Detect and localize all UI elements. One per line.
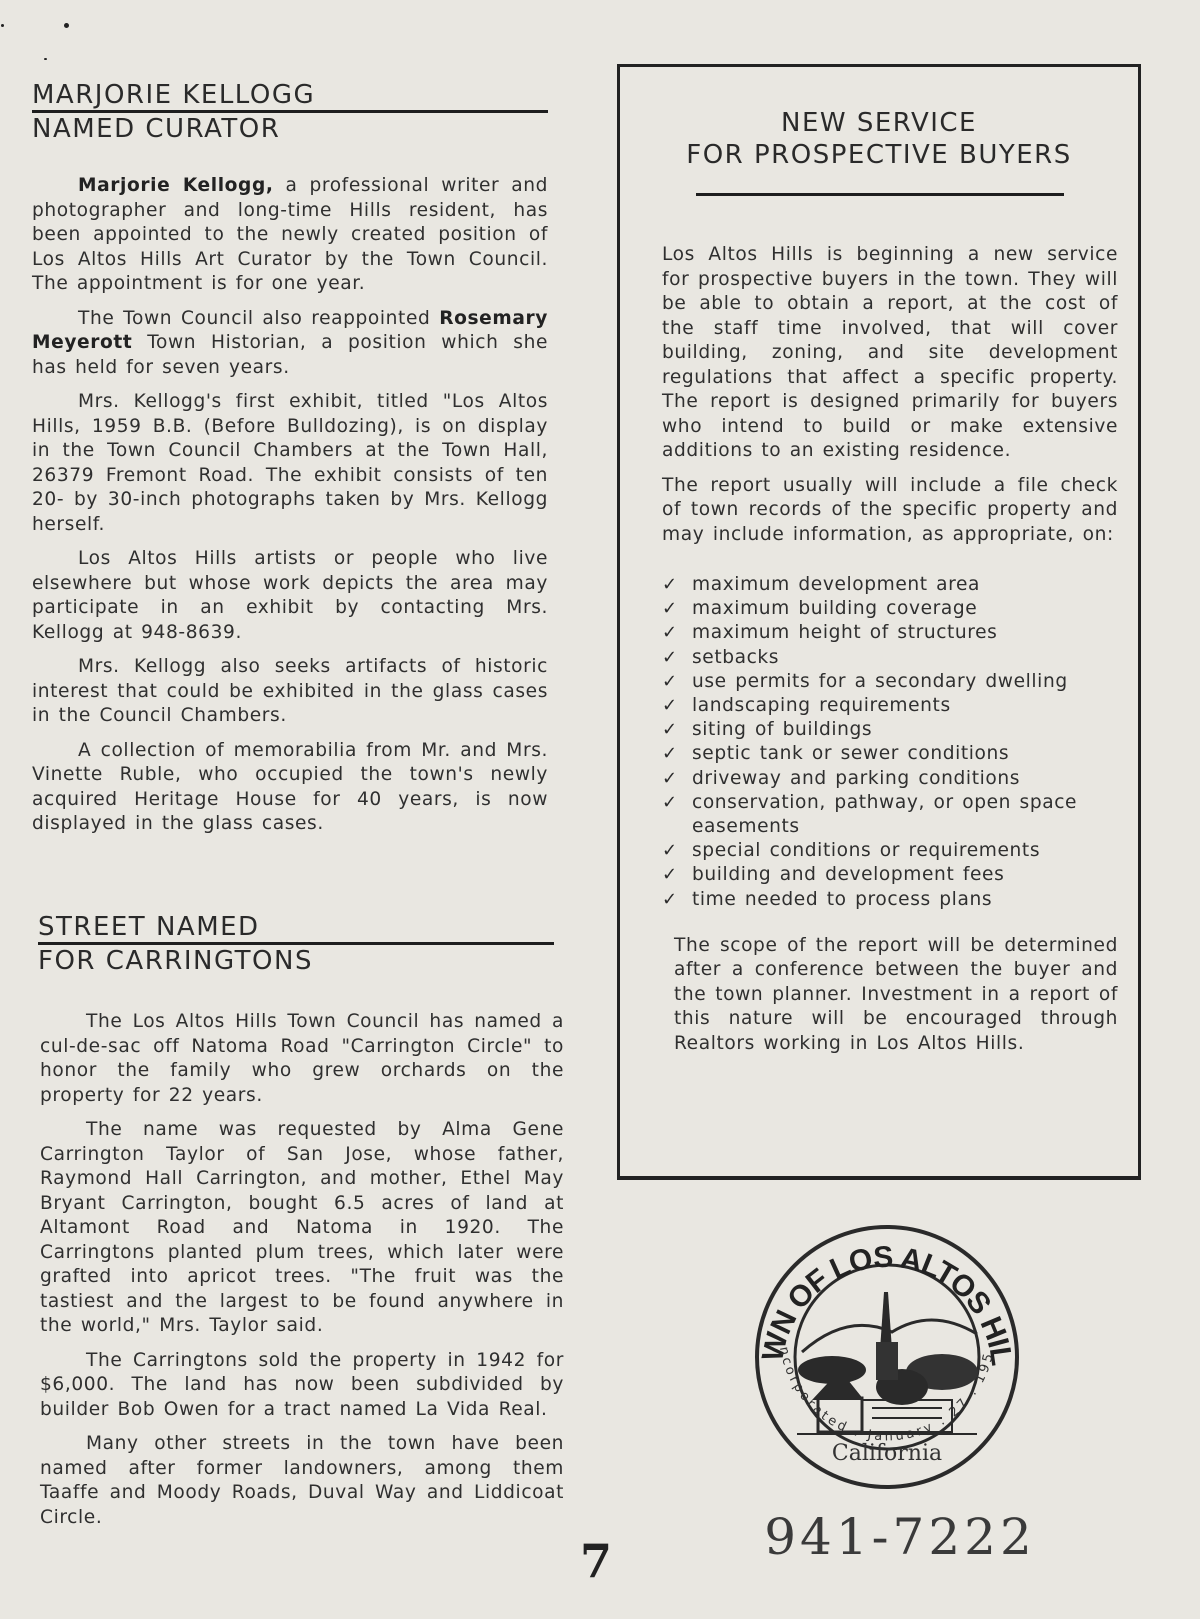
curator-headline-line1: MARJORIE KELLOGG bbox=[32, 80, 548, 110]
street-paragraph: Many other streets in the town have been… bbox=[40, 1432, 564, 1530]
buyers-article-body: Los Altos Hills is beginning a new servi… bbox=[662, 243, 1118, 1066]
page-number: 7 bbox=[580, 1534, 612, 1588]
checklist-item: ✓septic tank or sewer conditions bbox=[662, 742, 1118, 766]
title-rule bbox=[696, 193, 1064, 196]
buyers-paragraph: The report usually will include a file c… bbox=[662, 474, 1118, 548]
street-paragraph: The name was requested by Alma Gene Carr… bbox=[40, 1118, 564, 1339]
town-seal-logo: TOWN OF LOS ALTOS HILLS Incorporated . J… bbox=[752, 1222, 1022, 1492]
checklist-item: ✓driveway and parking conditions bbox=[662, 767, 1118, 791]
checklist-item: ✓special conditions or requirements bbox=[662, 839, 1118, 863]
checklist-item-text: siting of buildings bbox=[692, 719, 872, 740]
check-mark-icon: ✓ bbox=[662, 791, 678, 815]
bold-name: Marjorie Kellogg, bbox=[78, 175, 274, 196]
buyers-paragraph: Los Altos Hills is beginning a new servi… bbox=[662, 243, 1118, 464]
checklist-item-text: special conditions or requirements bbox=[692, 840, 1040, 861]
checklist-item-text: landscaping requirements bbox=[692, 695, 951, 716]
checklist-item-text: driveway and parking conditions bbox=[692, 768, 1020, 789]
check-mark-icon: ✓ bbox=[662, 621, 678, 645]
checklist-item: ✓landscaping requirements bbox=[662, 694, 1118, 718]
check-mark-icon: ✓ bbox=[662, 718, 678, 742]
curator-paragraph: Mrs. Kellogg also seeks artifacts of his… bbox=[32, 655, 548, 729]
checklist-item: ✓building and development fees bbox=[662, 863, 1118, 887]
check-mark-icon: ✓ bbox=[662, 597, 678, 621]
street-paragraph: The Los Altos Hills Town Council has nam… bbox=[40, 1010, 564, 1108]
street-paragraph: The Carringtons sold the property in 194… bbox=[40, 1349, 564, 1423]
street-article-body: The Los Altos Hills Town Council has nam… bbox=[40, 1010, 564, 1540]
checklist-item-text: setbacks bbox=[692, 647, 779, 668]
check-mark-icon: ✓ bbox=[662, 694, 678, 718]
check-mark-icon: ✓ bbox=[662, 573, 678, 597]
checklist-item-text: conservation, pathway, or open space eas… bbox=[692, 792, 1077, 837]
curator-paragraph: Mrs. Kellogg's first exhibit, titled "Lo… bbox=[32, 390, 548, 537]
check-mark-icon: ✓ bbox=[662, 863, 678, 887]
scan-speck bbox=[1, 24, 4, 27]
street-headline: STREET NAMED FOR CARRINGTONS bbox=[38, 912, 554, 976]
checklist-item: ✓conservation, pathway, or open space ea… bbox=[662, 791, 1118, 839]
check-mark-icon: ✓ bbox=[662, 646, 678, 670]
checklist-item-text: septic tank or sewer conditions bbox=[692, 743, 1009, 764]
curator-paragraph: Los Altos Hills artists or people who li… bbox=[32, 547, 548, 645]
curator-paragraph: The Town Council also reappointed Rosema… bbox=[32, 307, 548, 381]
curator-paragraph: A collection of memorabilia from Mr. and… bbox=[32, 739, 548, 837]
curator-headline-line2: NAMED CURATOR bbox=[32, 110, 548, 144]
checklist-item-text: maximum building coverage bbox=[692, 598, 977, 619]
check-mark-icon: ✓ bbox=[662, 767, 678, 791]
curator-article-body: Marjorie Kellogg, a professional writer … bbox=[32, 174, 548, 847]
town-phone-number: 941-7222 bbox=[760, 1508, 1040, 1566]
check-mark-icon: ✓ bbox=[662, 742, 678, 766]
checklist-item-text: maximum development area bbox=[692, 574, 980, 595]
buyers-service-box: NEW SERVICE FOR PROSPECTIVE BUYERS Los A… bbox=[617, 64, 1141, 1180]
checklist-item-text: maximum height of structures bbox=[692, 622, 997, 643]
check-mark-icon: ✓ bbox=[662, 839, 678, 863]
street-headline-line1: STREET NAMED bbox=[38, 912, 554, 942]
check-mark-icon: ✓ bbox=[662, 888, 678, 912]
checklist-item: ✓use permits for a secondary dwelling bbox=[662, 670, 1118, 694]
report-contents-checklist: ✓maximum development area✓maximum buildi… bbox=[662, 573, 1118, 912]
curator-headline: MARJORIE KELLOGG NAMED CURATOR bbox=[32, 80, 548, 144]
checklist-item: ✓maximum development area bbox=[662, 573, 1118, 597]
curator-paragraph: Marjorie Kellogg, a professional writer … bbox=[32, 174, 548, 297]
scan-speck bbox=[64, 23, 69, 28]
seal-center-text: California bbox=[832, 1441, 942, 1466]
scan-speck bbox=[44, 58, 47, 60]
street-headline-line2: FOR CARRINGTONS bbox=[38, 942, 554, 976]
checklist-item: ✓maximum height of structures bbox=[662, 621, 1118, 645]
checklist-item-text: use permits for a secondary dwelling bbox=[692, 671, 1068, 692]
checklist-item: ✓maximum building coverage bbox=[662, 597, 1118, 621]
check-mark-icon: ✓ bbox=[662, 670, 678, 694]
buyers-title: NEW SERVICE FOR PROSPECTIVE BUYERS bbox=[620, 107, 1138, 171]
checklist-item: ✓time needed to process plans bbox=[662, 888, 1118, 912]
checklist-item: ✓siting of buildings bbox=[662, 718, 1118, 742]
left-column: MARJORIE KELLOGG NAMED CURATOR Marjorie … bbox=[32, 80, 548, 144]
checklist-item-text: time needed to process plans bbox=[692, 889, 992, 910]
checklist-item: ✓setbacks bbox=[662, 646, 1118, 670]
buyers-closing-paragraph: The scope of the report will be determin… bbox=[674, 934, 1118, 1057]
checklist-item-text: building and development fees bbox=[692, 864, 1004, 885]
